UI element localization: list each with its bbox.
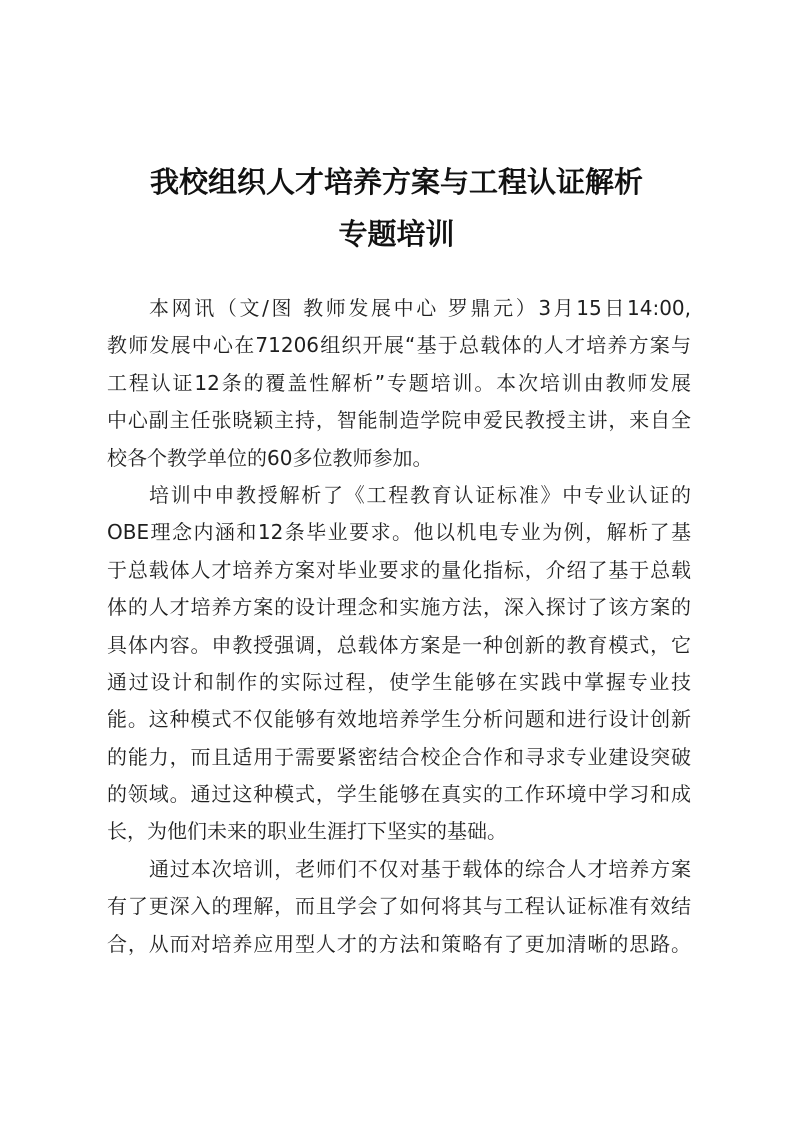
text-line: 能。这种模式不仅能够有效地培养学生分析问题和进行设计创新 [107,701,691,738]
text-line: 通过本次培训，老师们不仅对基于载体的综合人才培养方案 [107,851,691,888]
paragraph-3: 通过本次培训，老师们不仅对基于载体的综合人才培养方案 有了更深入的理解，而且学会… [107,851,691,963]
text-line: 工程认证12条的覆盖性解析”专题培训。本次培训由教师发展 [107,365,691,402]
paragraph-1: 本网讯（文/图 教师发展中心 罗鼎元）3月15日14:00, 教师发展中心在71… [107,290,691,477]
text-line: 的领域。通过这种模式，学生能够在真实的工作环境中学习和成 [107,776,691,813]
text-line: 校各个教学单位的60多位教师参加。 [107,440,691,477]
title-line-2: 专题培训 [0,208,793,260]
text-line: 具体内容。申教授强调，总载体方案是一种创新的教育模式，它 [107,627,691,664]
text-line: OBE理念内涵和12条毕业要求。他以机电专业为例，解析了基 [107,514,691,551]
text-line: 体的人才培养方案的设计理念和实施方法，深入探讨了该方案的 [107,589,691,626]
text-line: 的能力，而且适用于需要紧密结合校企合作和寻求专业建设突破 [107,739,691,776]
text-line: 有了更深入的理解，而且学会了如何将其与工程认证标准有效结 [107,888,691,925]
text-line: 教师发展中心在71206组织开展“基于总载体的人才培养方案与 [107,327,691,364]
text-line: 长，为他们未来的职业生涯打下坚实的基础。 [107,813,691,850]
text-line: 于总载体人才培养方案对毕业要求的量化指标，介绍了基于总载 [107,552,691,589]
paragraph-2: 培训中申教授解析了《工程教育认证标准》中专业认证的 OBE理念内涵和12条毕业要… [107,477,691,851]
article-title: 我校组织人才培养方案与工程认证解析 专题培训 [0,156,793,260]
text-line: 本网讯（文/图 教师发展中心 罗鼎元）3月15日14:00, [107,290,691,327]
text-line: 合，从而对培养应用型人才的方法和策略有了更加清晰的思路。 [107,926,691,963]
text-line: 中心副主任张晓颖主持，智能制造学院申爱民教授主讲，来自全 [107,402,691,439]
text-line: 培训中申教授解析了《工程教育认证标准》中专业认证的 [107,477,691,514]
document-page: 我校组织人才培养方案与工程认证解析 专题培训 本网讯（文/图 教师发展中心 罗鼎… [0,0,793,1122]
article-body: 本网讯（文/图 教师发展中心 罗鼎元）3月15日14:00, 教师发展中心在71… [107,290,691,963]
text-line: 通过设计和制作的实际过程，使学生能够在实践中掌握专业技 [107,664,691,701]
title-line-1: 我校组织人才培养方案与工程认证解析 [0,156,793,208]
